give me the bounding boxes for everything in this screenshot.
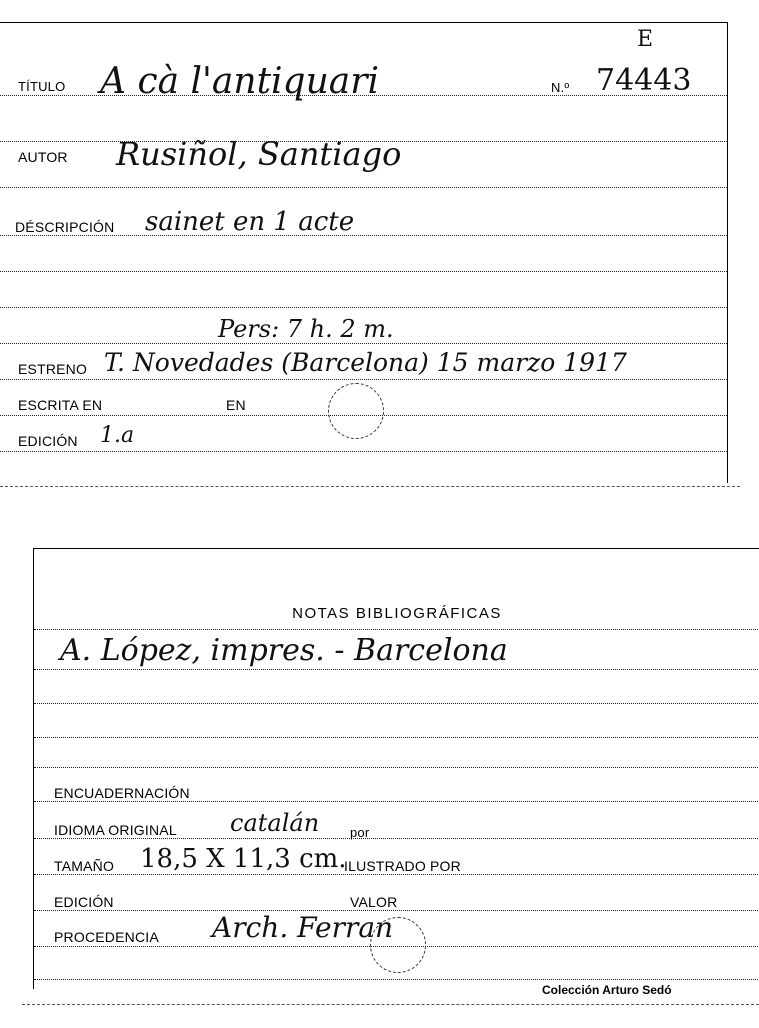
descripcion-label: DÉSCRIPCIÓN [15,219,114,235]
catalog-card-back: NOTAS BIBLIOGRÁFICAS A. López, impres. -… [33,548,759,989]
card-edge [22,1004,759,1005]
procedencia-label: PROCEDENCIA [54,929,159,945]
numero-mark: E [637,27,653,52]
tamano-label: TAMAÑO [54,858,114,874]
ruled-line [0,187,727,188]
autor-value: Rusiñol, Santiago [116,135,401,173]
escrita-en-label: ESCRITA EN [18,397,102,413]
notes-line-1: A. López, impres. - Barcelona [60,633,508,668]
estreno-value: T. Novedades (Barcelona) 15 marzo 1917 [104,348,627,377]
ruled-line [34,838,759,839]
edicion-value: 1.a [100,423,134,448]
numero-label: N.º [551,80,569,95]
ruled-line [0,379,727,380]
punch-hole-stamp [370,917,426,973]
ruled-line [34,874,759,875]
encuadernacion-label: ENCUADERNACIÓN [54,785,190,801]
ruled-line [0,307,727,308]
ruled-line [0,451,727,452]
autor-label: AUTOR [18,149,68,165]
ruled-line [34,703,759,704]
ruled-line [34,629,759,630]
titulo-label: TÍTULO [18,79,65,94]
ruled-line [0,235,727,236]
en-label: EN [226,397,246,413]
ruled-line [34,737,759,738]
por-label: por [350,825,369,840]
idioma-value: catalán [230,809,319,837]
tamano-value: 18,5 X 11,3 cm. [140,844,347,874]
numero-value: 74443 [596,63,691,98]
punch-hole-stamp [328,383,384,439]
catalog-card-front: TÍTULO A cà l'antiquari N.º 74443 E AUTO… [0,22,728,483]
card-edge [0,486,740,487]
idioma-label: IDIOMA ORIGINAL [54,822,177,838]
ruled-line [34,767,759,768]
ruled-line [34,669,759,670]
notas-title: NOTAS BIBLIOGRÁFICAS [34,605,759,622]
ruled-line [34,979,759,980]
ruled-line [34,801,759,802]
procedencia-value: Arch. Ferran [212,911,393,944]
descripcion-value: sainet en 1 acte [145,207,354,237]
personajes-value: Pers: 7 h. 2 m. [218,315,394,343]
ruled-line [0,343,727,344]
edicion-label: EDICIÓN [54,894,114,910]
titulo-value: A cà l'antiquari [100,61,379,102]
estreno-label: ESTRENO [18,361,87,377]
valor-label: VALOR [350,894,397,910]
collection-credit: Colección Arturo Sedó [542,983,672,997]
ilustrado-label: ILUSTRADO POR [344,858,461,874]
ruled-line [0,271,727,272]
ruled-line [34,910,759,911]
edicion-label: EDICIÓN [18,433,78,449]
